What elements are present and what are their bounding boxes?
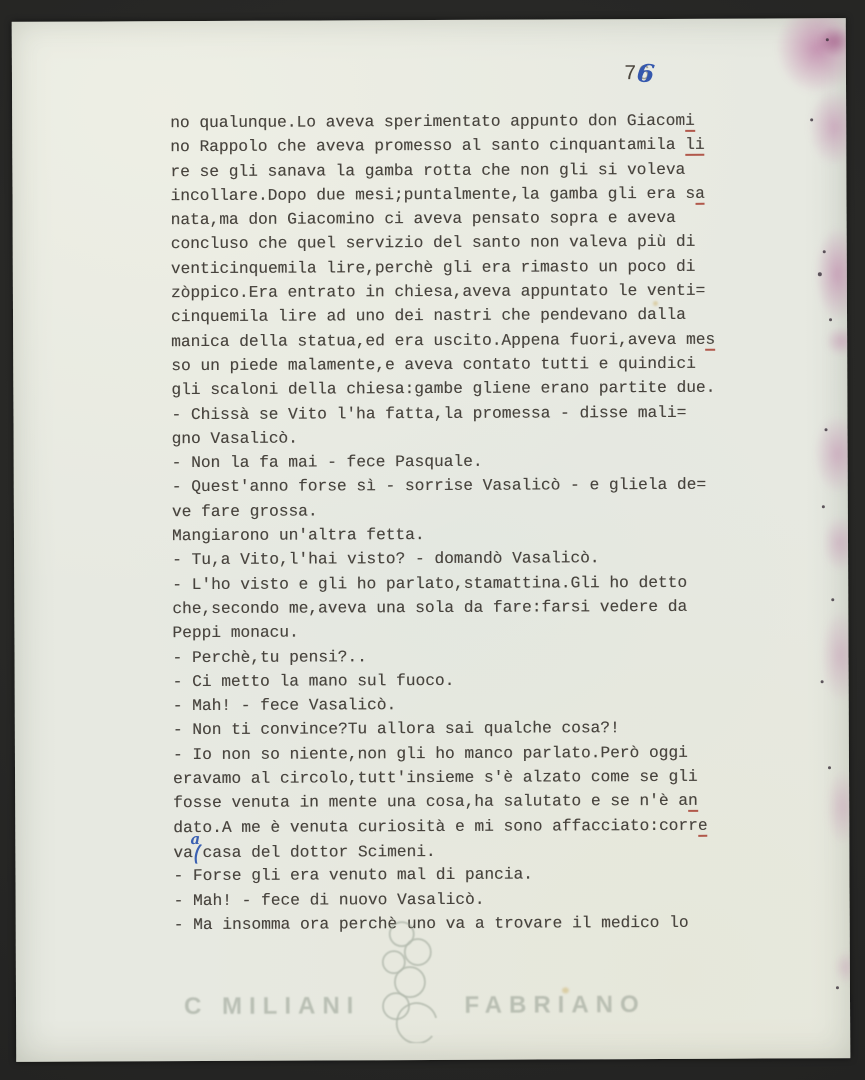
line-text: no qualunque.Lo aveva sperimentato appun… [170, 112, 685, 132]
stain [825, 326, 850, 356]
line-text: fosse venuta in mente una cosa,ha saluta… [173, 792, 688, 812]
text-line: Peppi monacu. [172, 619, 772, 646]
line-text: no Rappolo che aveva promesso al santo c… [170, 136, 685, 156]
speck [818, 272, 822, 276]
speck [828, 766, 831, 769]
line-text: - Io non so niente,non gli ho manco parl… [173, 744, 688, 764]
line-text: - Perchè,tu pensi?.. [172, 648, 366, 667]
watermark-text-left: C MILIANI [184, 992, 360, 1020]
line-text: cinquemila lire ad uno dei nastri che pe… [171, 306, 686, 326]
stain [822, 514, 850, 572]
line-text: zòppico.Era entrato in chiesa,aveva appu… [171, 282, 705, 302]
line-text: gno Vasalicò. [172, 429, 298, 448]
red-underlined-letters: e [698, 816, 708, 836]
text-line: eravamo al circolo,tutt'insieme s'è alza… [173, 765, 773, 792]
text-line: - Quest'anno forse sì - sorrise Vasalicò… [172, 473, 772, 500]
speck [810, 118, 813, 121]
speck [836, 986, 839, 989]
line-text: - Mah! - fece di nuovo Vasalicò. [174, 890, 485, 909]
speck [825, 428, 828, 431]
stain [834, 950, 850, 984]
text-line: re se gli sanava la gamba rotta che non … [170, 157, 770, 184]
red-underlined-letters: li [685, 136, 705, 156]
page-number: 76 6 [624, 63, 651, 93]
text-line: venticinquemila lire,perchè gli era rima… [171, 254, 771, 281]
stain [776, 18, 851, 94]
text-line: - Forse gli era venuto mal di pancia. [173, 862, 773, 889]
line-text: nata,ma don Giacomino ci aveva pensato s… [171, 209, 676, 229]
line-text: che,secondo me,aveva una sola da fare:fa… [172, 598, 687, 618]
line-text: - Quest'anno forse sì - sorrise Vasalicò… [172, 476, 706, 496]
line-text: - L'ho visto e gli ho parlato,stamattina… [172, 574, 687, 594]
speck [822, 505, 825, 508]
line-text: concluso che quel servizio del santo non… [171, 233, 696, 253]
text-line: che,secondo me,aveva una sola da fare:fa… [172, 594, 772, 621]
text-line: incollare.Dopo due mesi;puntalmente,la g… [170, 181, 770, 208]
text-line: - L'ho visto e gli ho parlato,stamattina… [172, 570, 772, 597]
text-line: - Perchè,tu pensi?.. [172, 643, 772, 670]
line-text: - Tu,a Vito,l'hai visto? - domandò Vasal… [172, 550, 599, 570]
text-line: gno Vasalicò. [172, 424, 772, 451]
line-text: - Mah! - fece Vasalicò. [173, 696, 397, 715]
text-line: gli scaloni della chiesa:gambe gliene er… [171, 376, 771, 403]
text-line: va(acasa del dottor Scimeni. [173, 837, 773, 864]
line-text: re se gli sanava la gamba rotta che non … [170, 160, 685, 180]
scanner-background: 76 6 no qualunque.Lo aveva sperimentato … [0, 0, 865, 1080]
line-text: gli scaloni della chiesa:gambe gliene er… [171, 379, 715, 399]
line-text: casa del dottor Scimeni. [202, 843, 435, 862]
line-text: - Non ti convince?Tu allora sai qualche … [173, 720, 620, 740]
stain [818, 26, 851, 56]
text-line: manica della statua,ed era uscito.Appena… [171, 327, 771, 354]
line-text: incollare.Dopo due mesi;puntalmente,la g… [170, 185, 695, 205]
text-line: Mangiarono un'altra fetta. [172, 522, 772, 549]
speck [831, 598, 834, 601]
text-line: - Non la fa mai - fece Pasquale. [172, 449, 772, 476]
stain [820, 608, 850, 703]
text-line: fosse venuta in mente una cosa,ha saluta… [173, 789, 773, 816]
text-line: no qualunque.Lo aveva sperimentato appun… [170, 109, 770, 136]
text-line: dato.A me è venuta curiosità e mi sono a… [173, 813, 773, 840]
manuscript-page: 76 6 no qualunque.Lo aveva sperimentato … [12, 18, 851, 1062]
stain [825, 768, 850, 846]
stain [808, 88, 850, 166]
text-line: - Ma insomma ora perchè uno va a trovare… [174, 910, 774, 937]
line-text: Mangiarono un'altra fetta. [172, 526, 425, 545]
text-line: - Io non so niente,non gli ho manco parl… [173, 740, 773, 767]
text-line: - Non ti convince?Tu allora sai qualche … [173, 716, 773, 743]
text-line: cinquemila lire ad uno dei nastri che pe… [171, 303, 771, 330]
line-text: eravamo al circolo,tutt'insieme s'è alza… [173, 768, 698, 788]
text-line: - Tu,a Vito,l'hai visto? - domandò Vasal… [172, 546, 772, 573]
line-text: - Forse gli era venuto mal di pancia. [173, 866, 532, 886]
speck [829, 318, 832, 321]
line-text: - Chissà se Vito l'ha fatta,la promessa … [171, 403, 686, 423]
line-text: Peppi monacu. [172, 624, 298, 643]
red-underlined-letters: n [688, 792, 698, 812]
text-line: - Mah! - fece Vasalicò. [173, 692, 773, 719]
speck [823, 250, 826, 253]
text-line: nata,ma don Giacomino ci aveva pensato s… [171, 206, 771, 233]
text-line: zòppico.Era entrato in chiesa,aveva appu… [171, 279, 771, 306]
text-line: so un piede malamente,e aveva contato tu… [171, 351, 771, 378]
line-text: venticinquemila lire,perchè gli era rima… [171, 258, 696, 278]
watermark-emblem [350, 918, 471, 1044]
watermark: C MILIANIFABRIANO [184, 991, 646, 1021]
speck [826, 38, 829, 41]
line-text: so un piede malamente,e aveva contato tu… [171, 355, 696, 375]
text-line: - Chissà se Vito l'ha fatta,la promessa … [171, 400, 771, 427]
text-line: - Ci metto la mano sul fuoco. [173, 667, 773, 694]
page-number-handwritten-digit: 6 [635, 58, 657, 89]
watermark-text-right: FABRIANO [464, 991, 645, 1019]
stain [815, 226, 851, 322]
text-line: ve fare grossa. [172, 497, 772, 524]
line-text: dato.A me è venuta curiosità e mi sono a… [173, 816, 698, 836]
red-underlined-letters: i [685, 112, 695, 132]
text-line: concluso che quel servizio del santo non… [171, 230, 771, 257]
speck [821, 680, 824, 683]
stain [813, 414, 850, 494]
text-line: - Mah! - fece di nuovo Vasalicò. [174, 886, 774, 913]
line-text: manica della statua,ed era uscito.Appena… [171, 330, 705, 350]
line-text: ve fare grossa. [172, 502, 318, 521]
text-line: no Rappolo che aveva promesso al santo c… [170, 133, 770, 160]
line-text: - Non la fa mai - fece Pasquale. [172, 453, 483, 472]
red-underlined-letters: s [705, 330, 715, 350]
red-underlined-letters: a [695, 185, 705, 205]
typescript-body: no qualunque.Lo aveva sperimentato appun… [170, 109, 774, 938]
line-text: - Ci metto la mano sul fuoco. [173, 672, 455, 691]
